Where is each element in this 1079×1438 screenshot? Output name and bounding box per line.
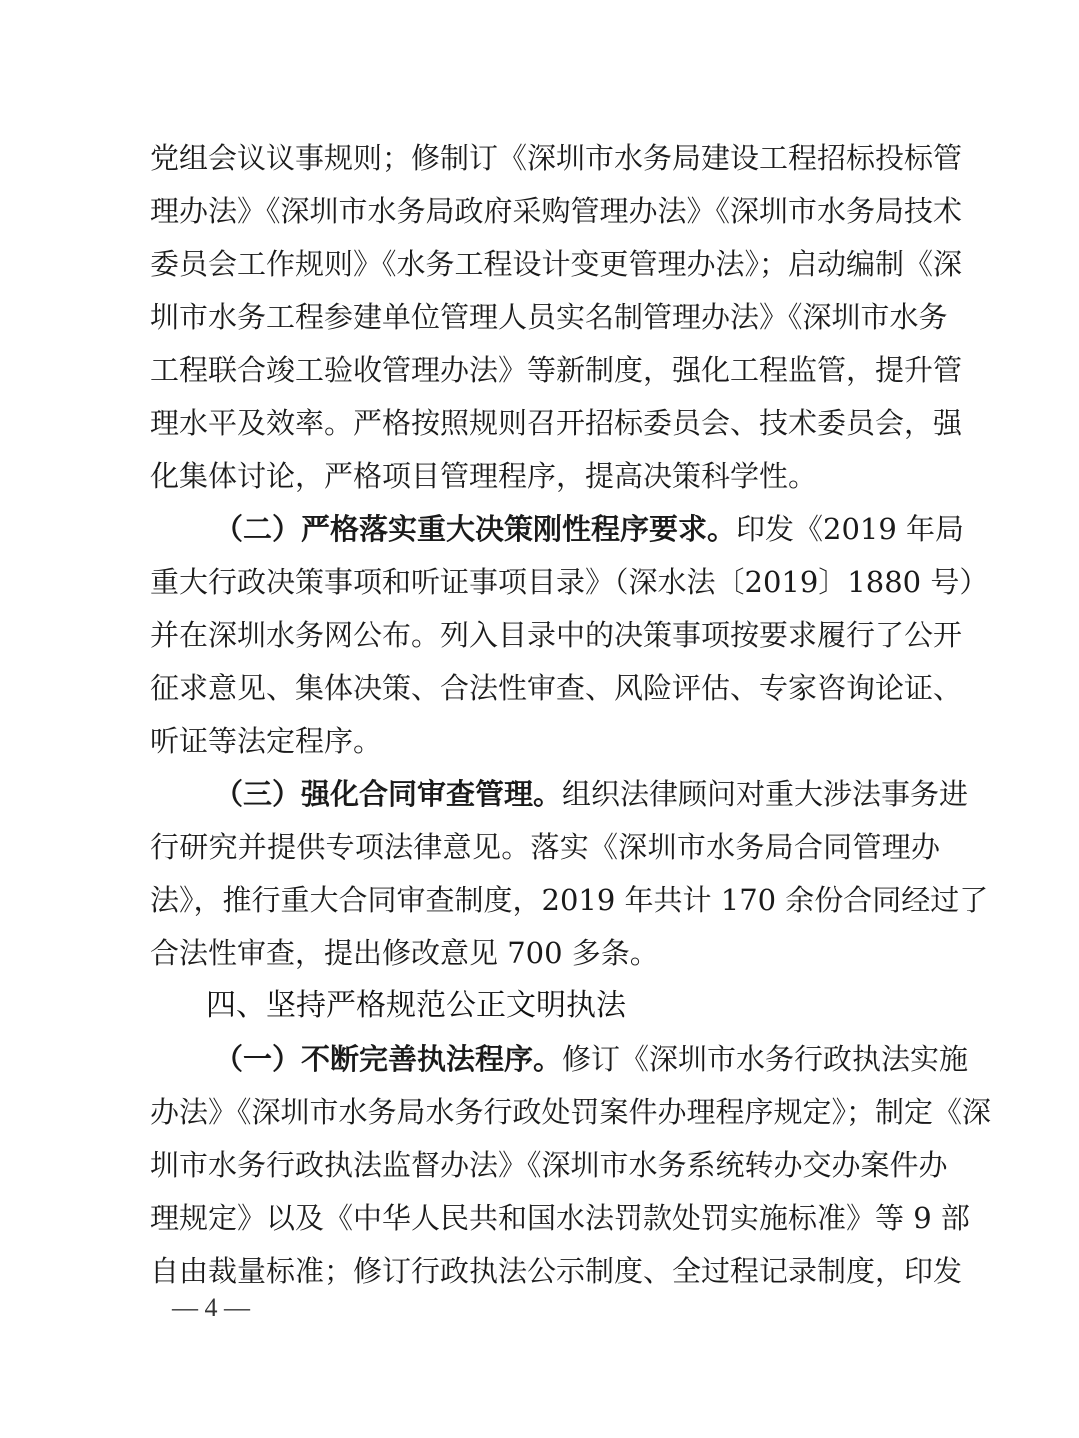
body-line: 法》，推行重大合同审查制度，2019 年共计 170 余份合同经过了: [150, 875, 940, 925]
section-2-title: （二）严格落实重大决策刚性程序要求。: [214, 512, 736, 546]
body-line: 并在深圳水务网公布。列入目录中的决策事项按要求履行了公开: [150, 610, 940, 660]
body-line: 征求意见、集体决策、合法性审查、风险评估、专家咨询论证、: [150, 663, 940, 713]
body-line: 理水平及效率。严格按照规则召开招标委员会、技术委员会，强: [150, 398, 940, 448]
body-line: 工程联合竣工验收管理办法》等新制度，强化工程监管，提升管: [150, 345, 940, 395]
section-4-1-text: 修订《深圳市水务行政执法实施: [562, 1042, 968, 1076]
section-3-title: （三）强化合同审查管理。: [214, 777, 562, 811]
body-line: 行研究并提供专项法律意见。落实《深圳市水务局合同管理办: [150, 822, 940, 872]
body-line: 办法》《深圳市水务局水务行政处罚案件办理程序规定》；制定《深: [150, 1087, 940, 1137]
section-heading-4: 四、坚持严格规范公正文明执法: [206, 981, 626, 1031]
body-line: 自由裁量标准；修订行政执法公示制度、全过程记录制度，印发: [150, 1246, 940, 1296]
body-line: 理办法》《深圳市水务局政府采购管理办法》《深圳市水务局技术: [150, 186, 940, 236]
document-page: 党组会议议事规则；修制订《深圳市水务局建设工程招标投标管 理办法》《深圳市水务局…: [0, 0, 1079, 1438]
body-line: 党组会议议事规则；修制订《深圳市水务局建设工程招标投标管: [150, 133, 940, 183]
body-line: 合法性审查，提出修改意见 700 多条。: [150, 928, 940, 978]
page-number: — 4 —: [172, 1288, 250, 1328]
body-line: 理规定》以及《中华人民共和国水法罚款处罚实施标准》等 9 部: [150, 1193, 940, 1243]
body-line: 化集体讨论，严格项目管理程序，提高决策科学性。: [150, 451, 940, 501]
section-2-first-line: （二）严格落实重大决策刚性程序要求。印发《2019 年局: [214, 504, 940, 554]
body-line: 听证等法定程序。: [150, 716, 940, 766]
body-line: 委员会工作规则》《水务工程设计变更管理办法》；启动编制《深: [150, 239, 940, 289]
section-4-1-first-line: （一）不断完善执法程序。修订《深圳市水务行政执法实施: [214, 1034, 940, 1084]
section-4-1-title: （一）不断完善执法程序。: [214, 1042, 562, 1076]
body-line: 圳市水务行政执法监督办法》《深圳市水务系统转办交办案件办: [150, 1140, 940, 1190]
section-3-text: 组织法律顾问对重大涉法事务进: [562, 777, 968, 811]
body-line: 重大行政决策事项和听证事项目录》（深水法〔2019〕1880 号）: [150, 557, 940, 607]
section-2-text: 印发《2019 年局: [736, 512, 964, 546]
body-line: 圳市水务工程参建单位管理人员实名制管理办法》《深圳市水务: [150, 292, 940, 342]
section-3-first-line: （三）强化合同审查管理。组织法律顾问对重大涉法事务进: [214, 769, 940, 819]
